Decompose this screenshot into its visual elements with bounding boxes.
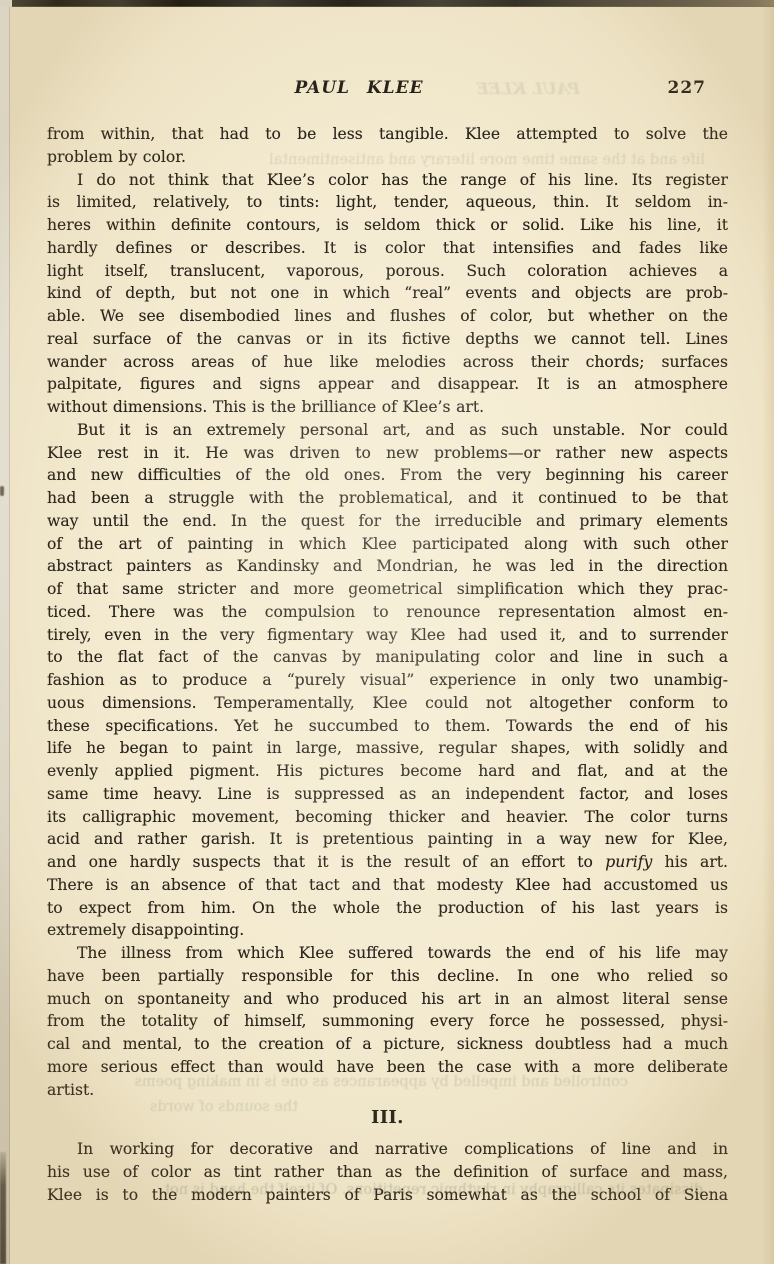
text-line: have been partially responsible for this… [47, 965, 728, 988]
text-line: its calligraphic movement, becoming thic… [47, 806, 728, 829]
text-line: fashion as to produce a “purely visual” … [47, 669, 728, 692]
text-line: to the flat fact of the canvas by manipu… [47, 646, 728, 669]
scan-artifact-top-bar [12, 0, 774, 7]
text-column: from within, that had to be less tangibl… [47, 123, 728, 1206]
text-line: from the totality of himself, summoning … [47, 1010, 728, 1033]
text-line: way until the end. In the quest for the … [47, 510, 728, 533]
text-line: same time heavy. Line is suppressed as a… [47, 783, 728, 806]
scanned-book-page: PAUL KLEElife and at the same time more … [0, 0, 774, 1264]
body-text-upper: from within, that had to be less tangibl… [47, 123, 728, 1101]
scan-edge-left-shadow [0, 1152, 6, 1264]
text-line: to expect from him. On the whole the pro… [47, 897, 728, 920]
text-line: of the art of painting in which Klee par… [47, 533, 728, 556]
section-heading: III. [47, 1107, 728, 1130]
text-line: wander across areas of hue like melodies… [47, 351, 728, 374]
text-line: palpitate, figures and signs appear and … [47, 373, 728, 396]
paragraph: The illness from which Klee suffered tow… [47, 942, 728, 1101]
text-line: artist. [47, 1079, 728, 1102]
text-line: is limited, relatively, to tints: light,… [47, 191, 728, 214]
text-line: of that same stricter and more geometric… [47, 578, 728, 601]
text-line: problem by color. [47, 146, 728, 169]
text-line: abstract painters as Kandinsky and Mondr… [47, 555, 728, 578]
scan-edge-right-vignette [762, 0, 774, 1264]
text-line: ticed. There was the compulsion to renou… [47, 601, 728, 624]
paragraph: from within, that had to be less tangibl… [47, 123, 728, 169]
text-line: But it is an extremely personal art, and… [47, 419, 728, 442]
scan-corner-patch [0, 0, 12, 7]
text-line: real surface of the canvas or in its fic… [47, 328, 728, 351]
paragraph: In working for decorative and narrative … [47, 1138, 728, 1206]
text-line: from within, that had to be less tangibl… [47, 123, 728, 146]
running-head: PAUL KLEE [0, 78, 746, 98]
body-text-lower: In working for decorative and narrative … [47, 1138, 728, 1206]
text-line: cal and mental, to the creation of a pic… [47, 1033, 728, 1056]
text-line: without dimensions. This is the brillian… [47, 396, 728, 419]
text-line: had been a struggle with the problematic… [47, 487, 728, 510]
text-line: The illness from which Klee suffered tow… [47, 942, 728, 965]
text-line: In working for decorative and narrative … [47, 1138, 728, 1161]
scan-speck [0, 486, 4, 496]
text-line: Klee is to the modern painters of Paris … [47, 1184, 728, 1207]
text-line: his use of color as tint rather than as … [47, 1161, 728, 1184]
scan-edge-left [0, 0, 10, 1264]
text-line: tirely, even in the very figmentary way … [47, 624, 728, 647]
text-line: uous dimensions. Temperamentally, Klee c… [47, 692, 728, 715]
text-line: Klee rest in it. He was driven to new pr… [47, 442, 728, 465]
text-line: these specifications. Yet he succumbed t… [47, 715, 728, 738]
page-number: 227 [668, 78, 707, 98]
text-line: kind of depth, but not one in which “rea… [47, 282, 728, 305]
paragraph: I do not think that Klee’s color has the… [47, 169, 728, 419]
text-line: light itself, translucent, vaporous, por… [47, 260, 728, 283]
text-line: acid and rather garish. It is pretentiou… [47, 828, 728, 851]
text-line: heres within definite contours, is seldo… [47, 214, 728, 237]
text-line: evenly applied pigment. His pictures bec… [47, 760, 728, 783]
text-line: and new difficulties of the old ones. Fr… [47, 464, 728, 487]
text-line: There is an absence of that tact and tha… [47, 874, 728, 897]
text-line: I do not think that Klee’s color has the… [47, 169, 728, 192]
text-line: more serious effect than would have been… [47, 1056, 728, 1079]
paragraph: But it is an extremely personal art, and… [47, 419, 728, 942]
text-line: life he began to paint in large, massive… [47, 737, 728, 760]
text-line: extremely disappointing. [47, 919, 728, 942]
text-line: hardly defines or describes. It is color… [47, 237, 728, 260]
text-line: and one hardly suspects that it is the r… [47, 851, 728, 874]
text-line: much on spontaneity and who produced his… [47, 988, 728, 1011]
text-line: able. We see disembodied lines and flush… [47, 305, 728, 328]
